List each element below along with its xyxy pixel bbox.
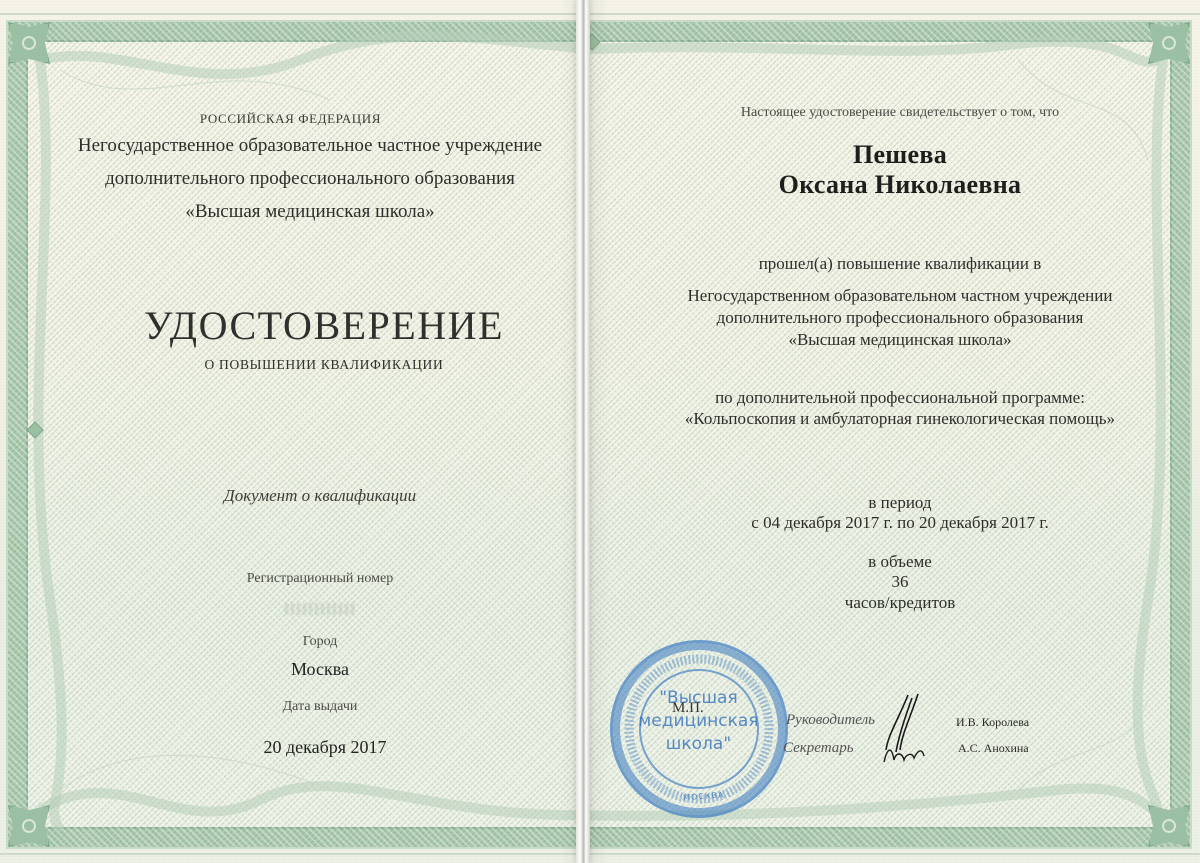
issuer-line: «Высшая медицинская школа» [0, 195, 581, 228]
corner-ornament-icon [1148, 805, 1190, 847]
corner-ornament-icon [8, 22, 50, 64]
issue-date-label: Дата выдачи [0, 699, 581, 715]
volume-label: в объеме [650, 551, 1150, 573]
intro-text: Настоящее удостоверение свидетельствует … [650, 105, 1150, 121]
certificate-spread: РОССИЙСКАЯ ФЕДЕРАЦИЯ Негосударственное о… [0, 0, 1200, 863]
holder-surname: Пешева [650, 140, 1150, 170]
registration-label: Регистрационный номер [0, 571, 581, 587]
program-label: по дополнительной профессиональной прогр… [650, 387, 1150, 409]
side-ornament-icon [27, 422, 43, 438]
signatory-role: Секретарь [783, 740, 854, 757]
left-page: РОССИЙСКАЯ ФЕДЕРАЦИЯ Негосударственное о… [0, 0, 581, 863]
binding-thread [576, 0, 590, 863]
holder-given-names: Оксана Николаевна [650, 170, 1150, 200]
signatory-name: И.В. Королева [956, 715, 1029, 730]
signatory-role: Руководитель [786, 712, 875, 729]
city-value: Москва [0, 659, 581, 680]
official-stamp: "Высшая медицинская школа" МОСКВА [604, 634, 794, 824]
signatory-name: А.С. Анохина [958, 741, 1029, 756]
institution-line: дополнительного профессионального образо… [650, 307, 1150, 329]
institution-block: Негосударственном образовательном частно… [650, 285, 1150, 351]
period-value: с 04 декабря 2017 г. по 20 декабря 2017 … [650, 512, 1150, 534]
issuer-block: Негосударственное образовательное частно… [0, 129, 581, 228]
document-subtitle: О ПОВЫШЕНИИ КВАЛИФИКАЦИИ [0, 357, 581, 373]
city-label: Город [0, 634, 581, 650]
hours-unit: часов/кредитов [650, 592, 1150, 614]
hours-value: 36 [650, 571, 1150, 593]
institution-line: «Высшая медицинская школа» [650, 329, 1150, 351]
institution-line: Негосударственном образовательном частно… [650, 285, 1150, 307]
stamp-center-text: "Высшая медицинская школа" [612, 687, 784, 756]
period-label: в период [650, 492, 1150, 514]
issue-date-value: 20 декабря 2017 [0, 737, 581, 758]
issuer-line: Негосударственное образовательное частно… [0, 129, 581, 162]
seal-mark: М.П. [672, 700, 704, 717]
registration-number-redacted [0, 602, 581, 620]
corner-ornament-icon [8, 805, 50, 847]
issuer-line: дополнительного профессионального образо… [0, 162, 581, 195]
top-rule [588, 13, 1200, 15]
document-type: Документ о квалификации [0, 486, 581, 506]
country-label: РОССИЙСКАЯ ФЕДЕРАЦИЯ [0, 111, 581, 127]
corner-ornament-icon [1148, 22, 1190, 64]
bottom-rule [588, 853, 1200, 855]
program-name: «Кольпоскопия и амбулаторная гинекологич… [650, 408, 1150, 430]
bottom-rule [0, 853, 581, 855]
document-title: УДОСТОВЕРЕНИЕ [0, 302, 581, 349]
completed-text: прошел(а) повышение квалификации в [650, 253, 1150, 275]
handwritten-signature-icon [878, 690, 958, 770]
top-rule [0, 13, 581, 15]
